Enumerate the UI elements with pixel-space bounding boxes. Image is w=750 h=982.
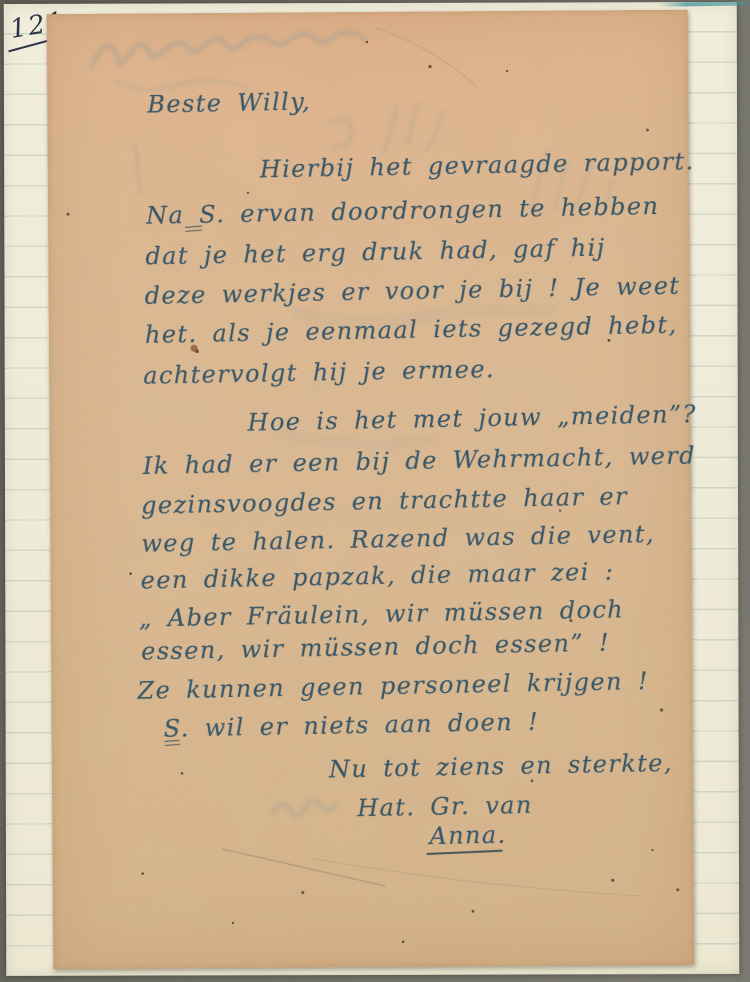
letter-line: S. wil er niets aan doen ! — [163, 708, 539, 743]
closing-line: Nu tot ziens en sterkte, — [329, 749, 673, 784]
closing-line: Hat. Gr. van — [357, 791, 533, 822]
s-underline-mark — [185, 226, 202, 232]
bleedthrough-mark — [383, 103, 442, 152]
s-underline-mark — [165, 740, 180, 746]
bleedthrough-mark — [92, 32, 364, 66]
letter-line: Hierbij het gevraagde rapport. — [260, 147, 695, 183]
letter-line: Hoe is het met jouw „meiden”? — [247, 400, 697, 437]
letter-line: een dikke papzak, die maar zei : — [140, 557, 614, 594]
scratch-mark — [223, 848, 385, 887]
letter-line: achtervolgt hij je ermee. — [143, 355, 495, 390]
letter-line: Ze kunnen geen personeel krijgen ! — [137, 667, 649, 705]
bleedthrough-mark — [329, 119, 351, 148]
edge-pen-mark — [659, 2, 750, 7]
salutation-line: Beste Willy, — [147, 87, 311, 118]
letter-line: Ik had er een bij de Wehrmacht, werd — [143, 441, 697, 480]
letter-line: gezinsvoogdes en trachtte haar er — [141, 482, 628, 519]
signature-line: Anna. — [429, 821, 507, 850]
letter-line: deze werkjes er voor je bij ! Je weet — [144, 272, 680, 310]
letter-line: dat je het erg druk had, gaf hij — [145, 234, 606, 271]
letter-line: Na S. ervan doordrongen te hebben — [146, 192, 660, 230]
letter-line: essen, wir müssen doch essen” ! — [141, 628, 610, 665]
letter-sheet: Beste Willy, Hierbij het gevraagde rappo… — [47, 10, 695, 969]
bleedthrough-mark — [136, 146, 140, 192]
signature-underline-mark — [427, 850, 503, 855]
scan-background: 121. — [0, 0, 750, 982]
letter-line: weg te halen. Razend was die vent, — [141, 520, 655, 558]
scratch-mark — [377, 27, 477, 88]
notebook-page: 121. — [4, 2, 740, 976]
letter-line: „ Aber Fräulein, wir müssen doch — [139, 595, 625, 632]
scratch-mark — [313, 856, 643, 898]
letter-line: het. als je eenmaal iets gezegd hebt, — [145, 311, 678, 349]
bleedthrough-mark — [272, 800, 336, 816]
